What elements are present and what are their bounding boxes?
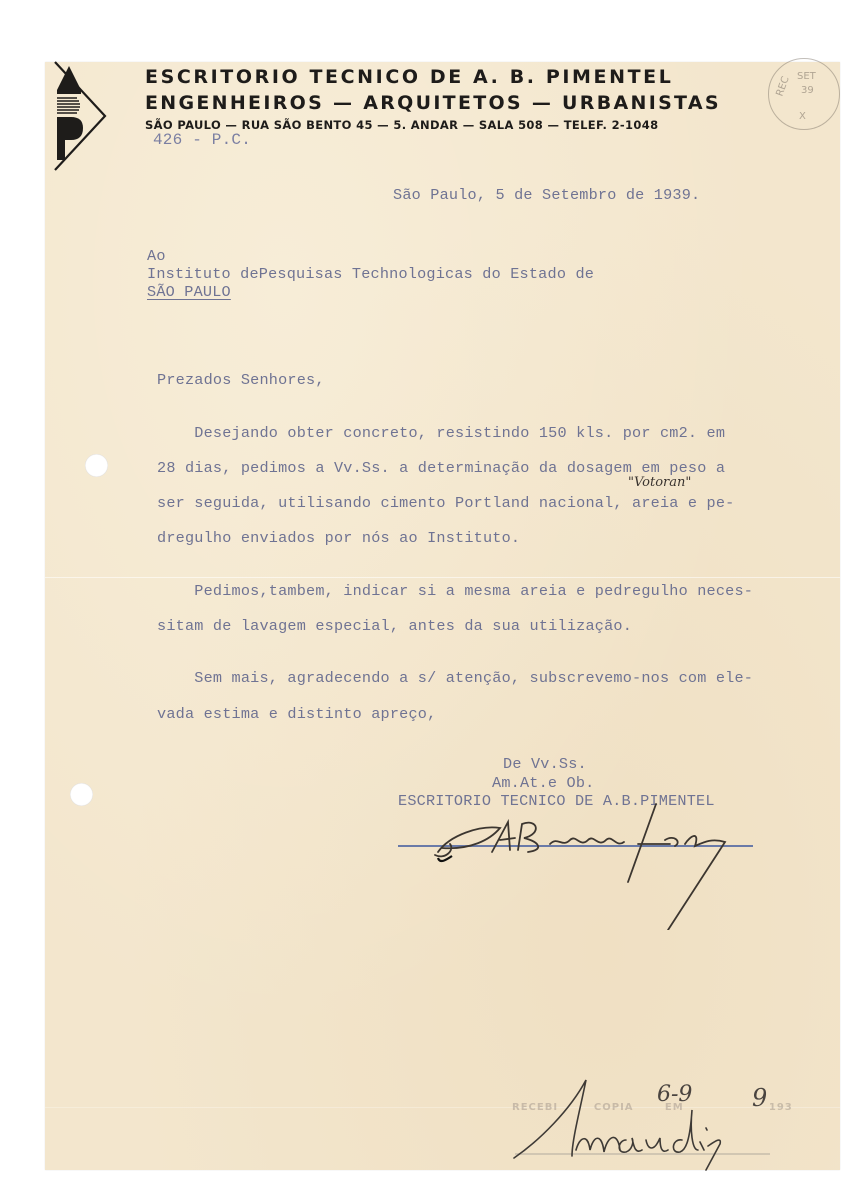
- letter-paper: [45, 62, 840, 1170]
- body-line: Pedimos,tambem, indicar si a mesma areia…: [157, 582, 753, 600]
- salutation: Prezados Senhores,: [157, 371, 325, 389]
- closing-line: Am.At.e Ob.: [492, 774, 594, 792]
- stamp-text: X: [799, 111, 806, 122]
- letterhead-address: SÃO PAULO — RUA SÃO BENTO 45 — 5. ANDAR …: [145, 118, 658, 132]
- fold-crease: [45, 577, 840, 578]
- stamp-text: 39: [801, 85, 814, 96]
- letterhead-company: ESCRITORIO TECNICO DE A. B. PIMENTEL: [145, 66, 673, 88]
- recipient-line: Instituto dePesquisas Technologicas do E…: [147, 265, 594, 283]
- closing-line: De Vv.Ss.: [503, 755, 587, 773]
- body-line: vada estima e distinto apreço,: [157, 705, 436, 723]
- stamp-text: 193: [769, 1102, 793, 1113]
- recipient-line: SÃO PAULO: [147, 283, 231, 301]
- abp-logo-icon: [53, 60, 109, 172]
- punch-hole: [85, 454, 108, 477]
- body-line: Sem mais, agradecendo a s/ atenção, subs…: [157, 669, 753, 687]
- receipt-signature-icon: [510, 1070, 740, 1180]
- stamp-text: REC: [774, 75, 791, 98]
- handwritten-annotation: "Votoran": [628, 475, 691, 490]
- handwritten-year: 9: [752, 1084, 767, 1112]
- body-line: sitam de lavagem especial, antes da sua …: [157, 617, 632, 635]
- date-line: São Paulo, 5 de Setembro de 1939.: [393, 186, 700, 204]
- signature-icon: [420, 800, 750, 930]
- punch-hole: [70, 783, 93, 806]
- stamp-text: SET: [797, 71, 816, 82]
- body-line: dregulho enviados por nós ao Instituto.: [157, 529, 520, 547]
- body-line: ser seguida, utilisando cimento Portland…: [157, 494, 734, 512]
- recipient-line: Ao: [147, 247, 166, 265]
- letterhead-professions: ENGENHEIROS — ARQUITETOS — URBANISTAS: [145, 92, 721, 114]
- reference-number: 426 - P.C.: [153, 131, 251, 149]
- body-line: Desejando obter concreto, resistindo 150…: [157, 424, 725, 442]
- received-postmark-stamp: REC SET 39 X: [768, 58, 840, 130]
